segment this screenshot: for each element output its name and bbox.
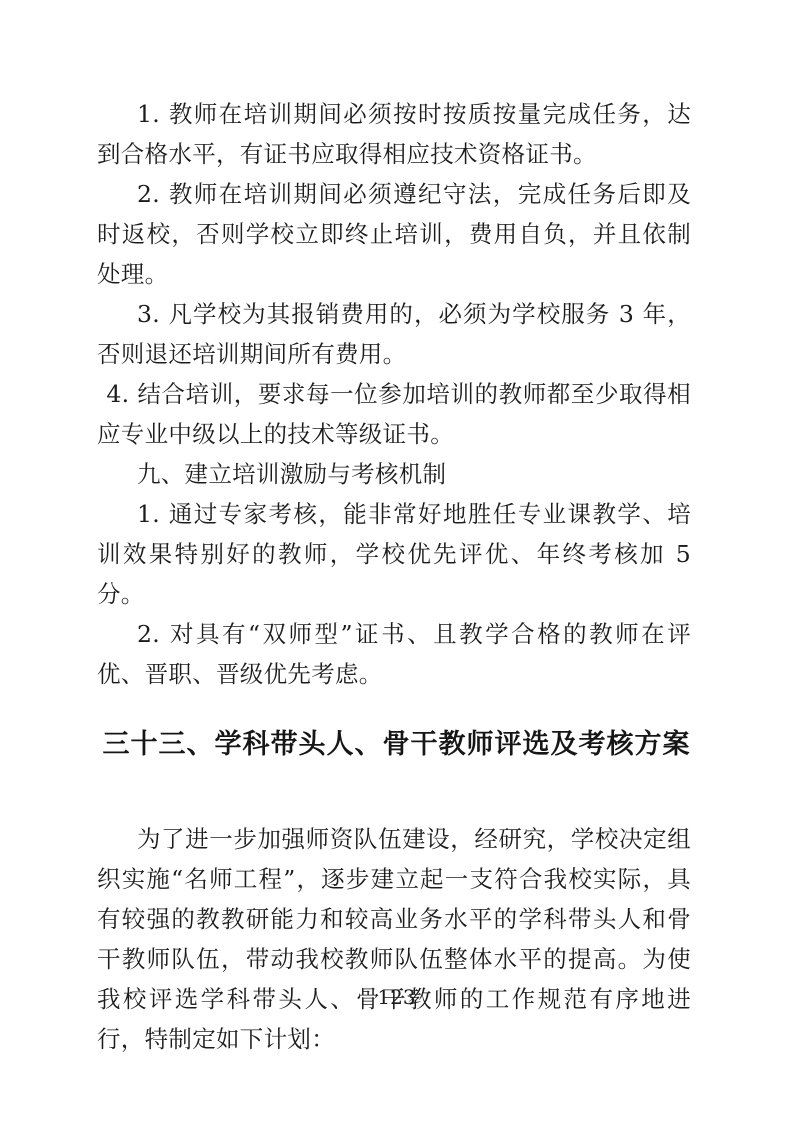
section-33-heading: 三十三、学科带头人、骨干教师评选及考核方案 — [97, 724, 696, 764]
training-rule-4: 4. 结合培训，要求每一位参加培训的教师都至少取得相应专业中级以上的技术等级证书… — [97, 374, 691, 454]
body-text-block: 1. 教师在培训期间必须按时按质按量完成任务，达到合格水平，有证书应取得相应技术… — [0, 0, 793, 694]
section-33-intro-paragraph: 为了进一步加强师资队伍建设，经研究，学校决定组织实施“名师工程”，逐步建立起一支… — [97, 819, 691, 1059]
training-rule-3: 3. 凡学校为其报销费用的，必须为学校服务 3 年，否则退还培训期间所有费用。 — [97, 294, 691, 374]
document-page: 1. 教师在培训期间必须按时按质按量完成任务，达到合格水平，有证书应取得相应技术… — [0, 0, 793, 1122]
training-rule-1: 1. 教师在培训期间必须按时按质按量完成任务，达到合格水平，有证书应取得相应技术… — [97, 94, 691, 174]
subsection-nine-item-1: 1. 通过专家考核，能非常好地胜任专业课教学、培训效果特别好的教师，学校优先评优… — [97, 494, 691, 614]
training-rule-2: 2. 教师在培训期间必须遵纪守法，完成任务后即及时返校，否则学校立即终止培训，费… — [97, 174, 691, 294]
page-number: 123 — [0, 983, 793, 1011]
intro-text-block: 为了进一步加强师资队伍建设，经研究，学校决定组织实施“名师工程”，逐步建立起一支… — [0, 819, 793, 1059]
subsection-nine-item-2: 2. 对具有“双师型”证书、且教学合格的教师在评优、晋职、晋级优先考虑。 — [97, 614, 691, 694]
subsection-nine-heading: 九、建立培训激励与考核机制 — [97, 454, 691, 494]
